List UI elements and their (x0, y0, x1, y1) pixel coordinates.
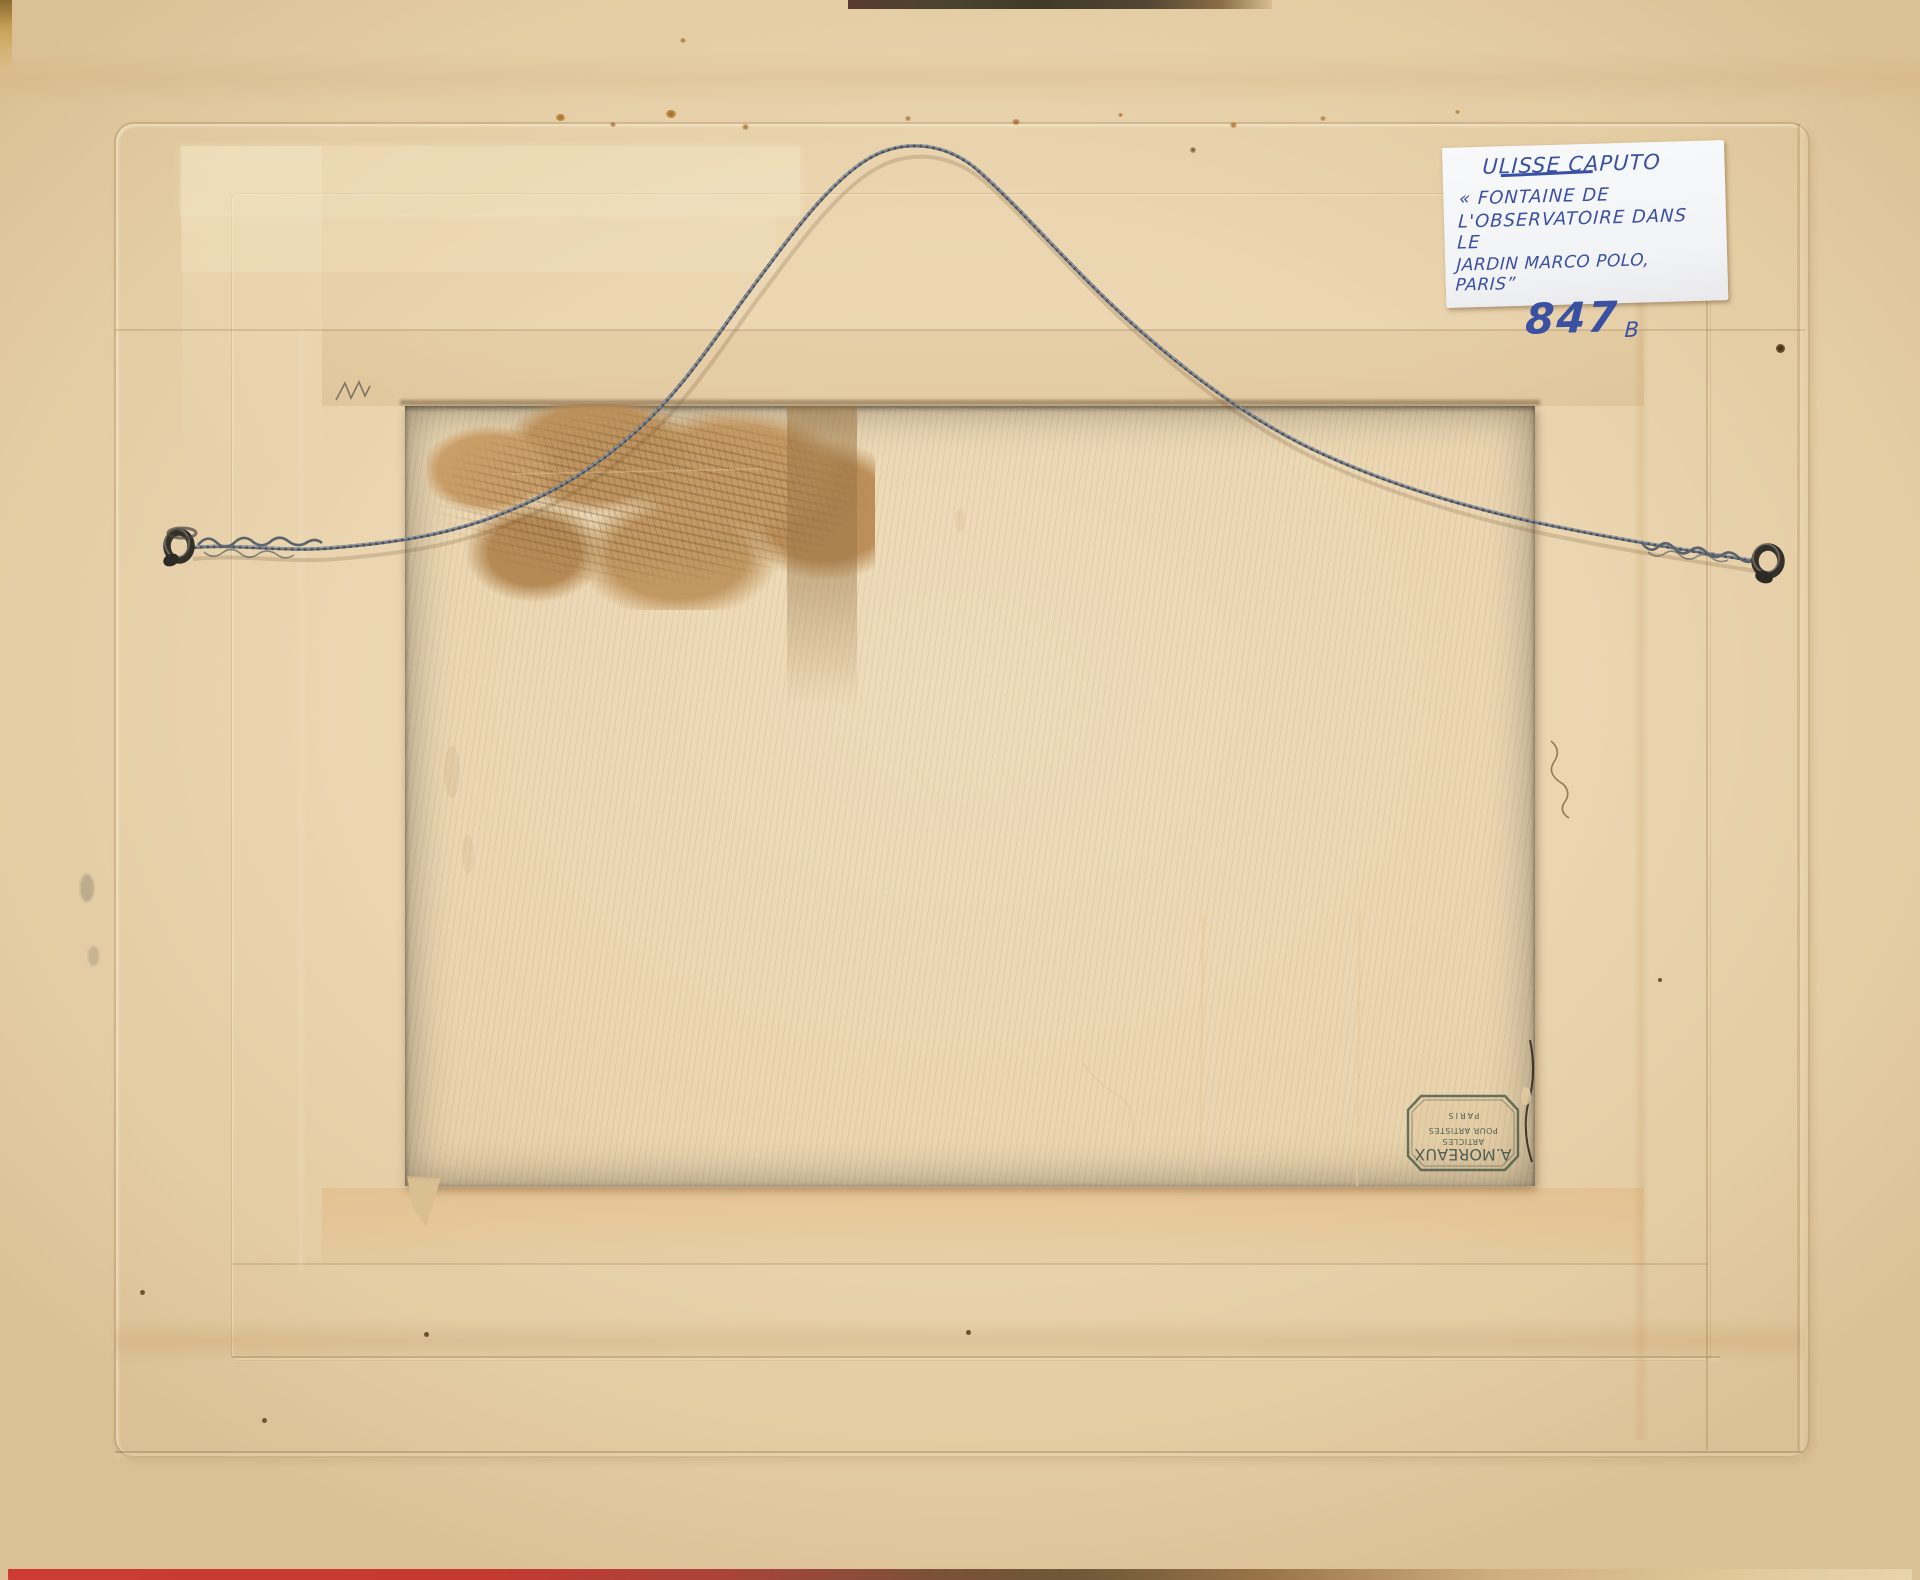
framed-painting-verso-photo: A.MOREAUX ARTICLES POUR ARTISTES PARIS U… (0, 0, 1920, 1580)
label-number-row: 847 B (1453, 289, 1713, 346)
panel-smudge (462, 834, 474, 874)
label-artist-name: ULISSE CAPUTO (1460, 148, 1719, 179)
label-title-line2: L'OBSERVATOIRE DANS LE (1457, 204, 1717, 253)
stamp-small-line1: ARTICLES (1406, 1137, 1520, 1146)
panel-scuff (1082, 1062, 1133, 1138)
backing-tear (1551, 741, 1569, 818)
panel-scratch-head (1200, 917, 1207, 924)
left-screw-eye-shank (161, 551, 181, 569)
panel-smudge (444, 746, 460, 798)
pencil-scribble (336, 382, 370, 400)
supplier-stamp: A.MOREAUX ARTICLES POUR ARTISTES PARIS (1406, 1094, 1520, 1172)
stamp-small-line2: POUR ARTISTES (1406, 1126, 1520, 1135)
panel-scratch (1200, 922, 1203, 1183)
label-number: 847 (1524, 292, 1620, 344)
panel-smudge (955, 508, 965, 532)
label-number-suffix: B (1624, 318, 1640, 342)
panel-scratch (1357, 912, 1360, 1186)
panel-scratch-head (1357, 907, 1363, 913)
label-title-line3: JARDIN MARCO POLO, PARIS” (1455, 248, 1715, 295)
panel-scratch (512, 469, 762, 474)
stamp-big-line: A.MOREAUX (1406, 1145, 1520, 1164)
auction-label: ULISSE CAPUTO « FONTAINE DE L'OBSERVATOI… (1442, 140, 1728, 308)
label-text-block: ULISSE CAPUTO « FONTAINE DE L'OBSERVATOI… (1453, 148, 1719, 347)
stamp-small-line3: PARIS (1406, 1111, 1520, 1120)
panel-chip (1521, 1087, 1531, 1105)
